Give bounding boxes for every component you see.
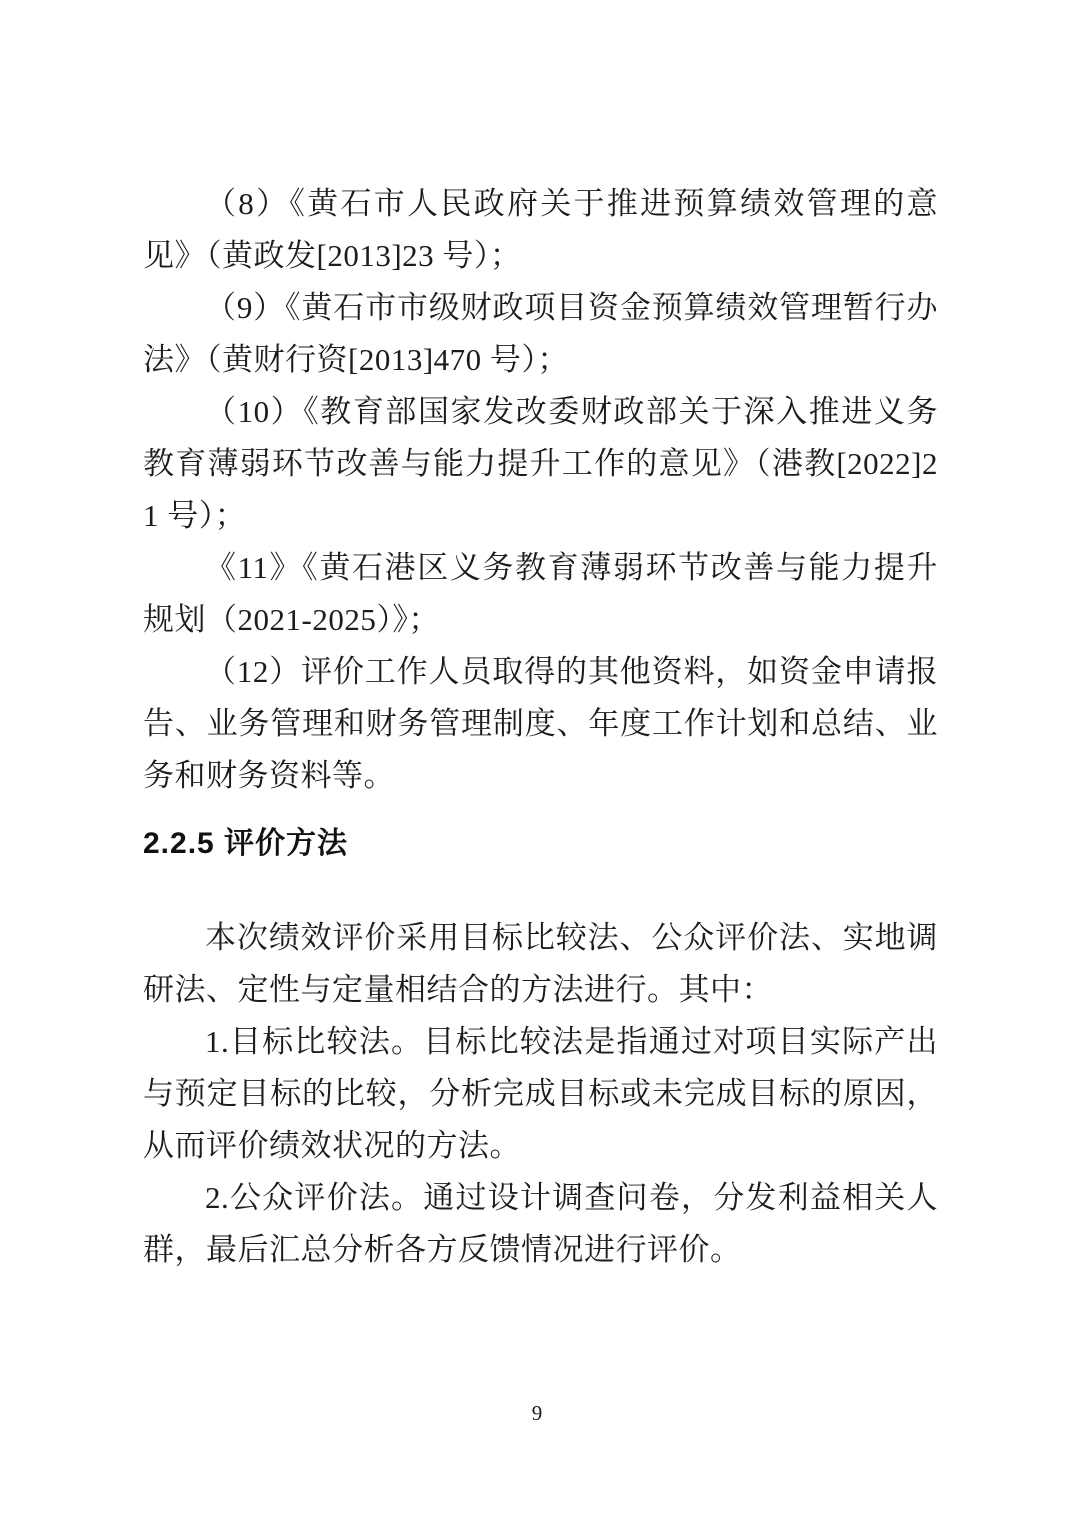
document-page: （8）《黄石市人民政府关于推进预算绩效管理的意见》（黄政发[2013]23 号）… <box>0 0 1074 1520</box>
method-intro-paragraph: 本次绩效评价采用目标比较法、公众评价法、实地调研法、定性与定量相结合的方法进行。… <box>143 912 938 1016</box>
reference-paragraph-11: 《11》《黄石港区义务教育薄弱环节改善与能力提升规划（2021-2025）》； <box>143 542 938 646</box>
document-body: （8）《黄石市人民政府关于推进预算绩效管理的意见》（黄政发[2013]23 号）… <box>0 0 1074 1276</box>
section-heading: 2.2.5 评价方法 <box>143 818 938 870</box>
reference-paragraph-12: （12）评价工作人员取得的其他资料，如资金申请报告、业务管理和财务管理制度、年度… <box>143 646 938 802</box>
method-paragraph-public-evaluation: 2.公众评价法。通过设计调查问卷，分发利益相关人群，最后汇总分析各方反馈情况进行… <box>143 1172 938 1276</box>
reference-paragraph-8: （8）《黄石市人民政府关于推进预算绩效管理的意见》（黄政发[2013]23 号）… <box>143 178 938 282</box>
page-number: 9 <box>0 1400 1074 1426</box>
method-paragraph-goal-comparison: 1.目标比较法。目标比较法是指通过对项目实际产出与预定目标的比较，分析完成目标或… <box>143 1016 938 1172</box>
reference-paragraph-9: （9）《黄石市市级财政项目资金预算绩效管理暂行办法》（黄财行资[2013]470… <box>143 282 938 386</box>
reference-paragraph-10: （10）《教育部国家发改委财政部关于深入推进义务教育薄弱环节改善与能力提升工作的… <box>143 386 938 542</box>
